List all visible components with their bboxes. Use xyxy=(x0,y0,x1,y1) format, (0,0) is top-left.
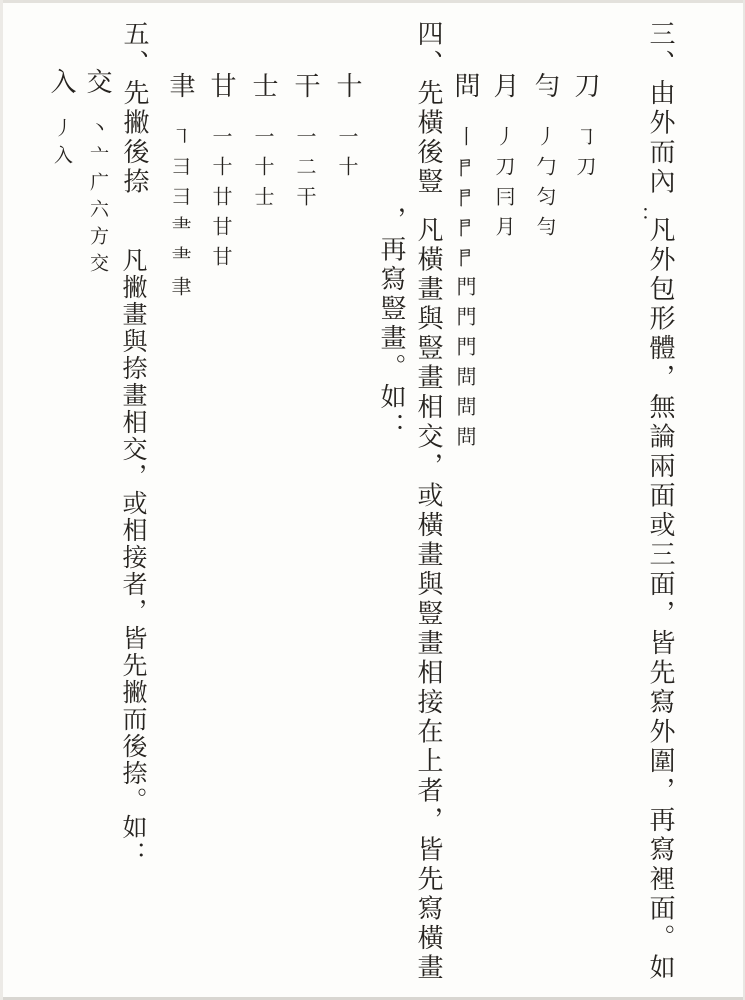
rule-4-example-5-char: 聿 xyxy=(167,72,193,98)
rule-4-example-3-char: 士 xyxy=(250,72,276,98)
rule-3-example-1-stroke-sequence: ㇆刀 xyxy=(575,126,595,186)
rule-3-body: 凡外包形體，無論兩面或三面，皆先寫外圍，再寫裡面。如 xyxy=(647,216,673,983)
rule-4-heading: 四、先橫後豎 xyxy=(415,20,441,197)
rule-5-body: 凡撇畫與捺畫相交，或相接者，皆先撇而後捺。如： xyxy=(121,247,146,868)
rule-4-example-2-stroke-sequence: 一二干 xyxy=(295,126,315,216)
rule-5-example-1-char: 交 xyxy=(84,68,110,94)
rule-5-heading: 五、先撇後捺 xyxy=(121,20,147,197)
rule-4-example-2-char: 干 xyxy=(292,72,318,98)
rule-3-example-4-char: 問 xyxy=(452,72,478,98)
rule-3-example-2-stroke-sequence: 丿勹匀勻 xyxy=(535,126,555,246)
scan-edge-left xyxy=(0,0,3,1000)
rule-4-example-1-stroke-sequence: 一十 xyxy=(337,126,357,186)
rule-4-body-line2: ，再寫豎畫。如： xyxy=(378,206,404,442)
rule-4-example-4-char: 甘 xyxy=(208,72,234,98)
rule-5-example-2-char: 入 xyxy=(48,68,74,94)
rule-4-example-4-stroke-sequence: 一十廿甘甘 xyxy=(211,126,231,276)
rule-4-example-5-stroke-sequence: ㇕⺕彐⺻⺻聿 xyxy=(170,126,190,306)
rule-3-example-4-stroke-sequence: 丨𠁣𠁣𠁣𠁣門門門問問問 xyxy=(455,126,475,456)
rule-3-example-2-char: 勻 xyxy=(532,72,558,98)
rule-3-example-3-stroke-sequence: 丿刀冃月 xyxy=(494,126,514,246)
rule-3-example-3-char: 月 xyxy=(491,72,517,98)
rule-4-example-1-char: 十 xyxy=(334,72,360,98)
rule-5-example-1-stroke-sequence: 丶亠广六方交 xyxy=(88,118,107,280)
scan-edge-top xyxy=(0,0,745,3)
rule-5-example-2-stroke-sequence: 丿入 xyxy=(52,118,71,172)
rule-4-body-line1: 凡橫畫與豎畫相交，或橫畫與豎畫相接在上者，皆先寫橫畫 xyxy=(415,216,441,983)
document-page: 三、由外而內 ： 凡外包形體，無論兩面或三面，皆先寫外圍，再寫裡面。如 刀 ㇆刀… xyxy=(0,0,745,1000)
rule-3-heading: 三、由外而內 xyxy=(647,20,673,197)
rule-4-example-3-stroke-sequence: 一十士 xyxy=(253,126,273,216)
rule-3-example-1-char: 刀 xyxy=(572,72,598,98)
